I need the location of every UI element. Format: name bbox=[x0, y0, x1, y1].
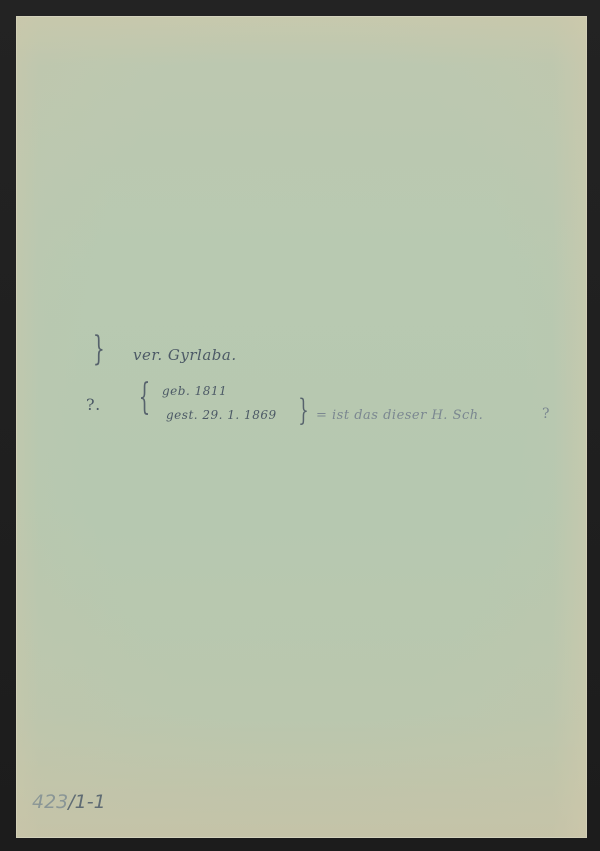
note-died: gest. 29. 1. 1869 bbox=[166, 408, 277, 422]
catalog-number-suffix: /1-1 bbox=[68, 791, 105, 813]
note-married-name: ver. Gyrlaba. bbox=[133, 346, 237, 364]
note-side-question: = ist das dieser H. Sch. bbox=[316, 408, 483, 423]
catalog-number-prefix: 423 bbox=[32, 791, 68, 813]
question-marker: ?. bbox=[86, 395, 101, 414]
curly-bracket-line1: } bbox=[93, 332, 105, 366]
note-born: geb. 1811 bbox=[162, 384, 227, 398]
curly-bracket-line2: { bbox=[139, 380, 150, 416]
catalog-number: 423/1-1 bbox=[32, 791, 106, 813]
note-side-question-mark: ? bbox=[542, 406, 550, 422]
index-card: } ver. Gyrlaba. ?. { geb. 1811 gest. 29.… bbox=[16, 16, 587, 838]
curly-bracket-side: } bbox=[298, 396, 309, 426]
